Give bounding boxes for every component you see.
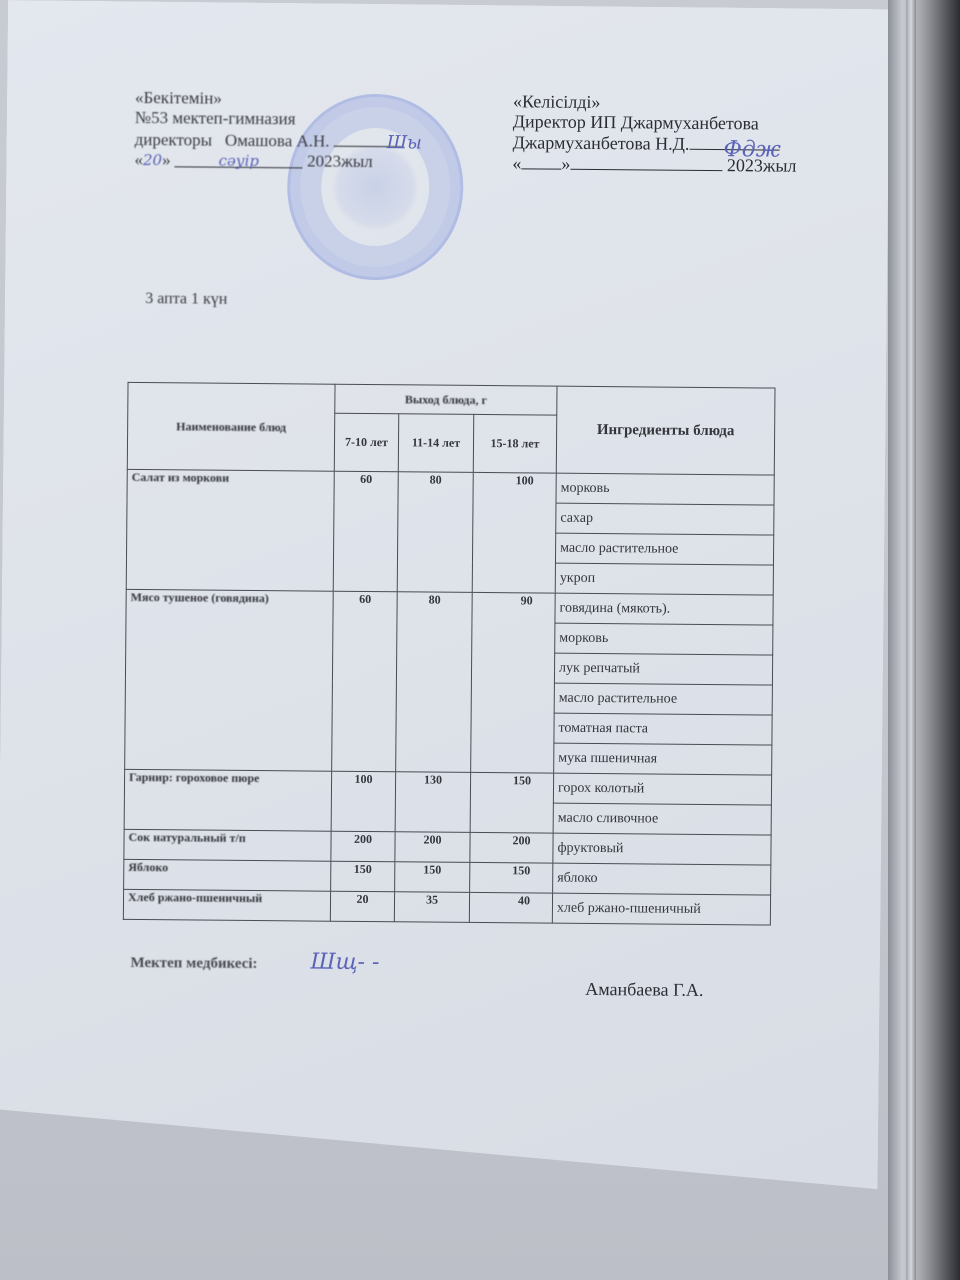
ingredient: говядина (мякоть). <box>555 593 773 625</box>
approval-block-left: «Бекітемін» №53 мектеп-гимназия директор… <box>134 88 475 173</box>
dish-name: Гарнир: гороховое пюре <box>124 769 332 831</box>
document: «Бекітемін» №53 мектеп-гимназия директор… <box>0 0 901 1280</box>
header-age-11-14: 11-14 лет <box>398 414 474 472</box>
yield-15-18: 100 <box>472 472 556 593</box>
nurse-label: Мектеп медбикесі: <box>130 955 257 973</box>
yield-15-18: 90 <box>471 592 556 773</box>
ingredient: масло сливочное <box>553 803 771 835</box>
nurse-name: Аманбаева Г.А. <box>585 979 703 1001</box>
yield-7-10: 60 <box>332 591 398 772</box>
yield-11-14: 35 <box>394 892 469 923</box>
dish-name: Яблоко <box>124 859 331 891</box>
dish-name: Хлеб ржано-пшеничный <box>123 889 330 921</box>
yield-15-18: 40 <box>469 892 552 923</box>
yield-15-18: 200 <box>470 832 553 863</box>
header-yield: Выход блюда, г <box>335 384 557 415</box>
yield-7-10: 150 <box>331 861 395 892</box>
yield-7-10: 200 <box>331 831 395 862</box>
yield-11-14: 80 <box>396 592 473 773</box>
header-age-7-10: 7-10 лет <box>334 414 399 472</box>
director-signature-right: Фдж <box>723 137 780 162</box>
dish-name: Салат из моркови <box>126 469 334 591</box>
date-month: сәуір <box>219 152 260 170</box>
ingredient: лук репчатый <box>554 653 772 685</box>
header-ingredients: Ингредиенты блюда <box>556 386 775 475</box>
ingredient: горох колотый <box>553 773 771 805</box>
header-dish-name: Наименование блюд <box>127 382 335 471</box>
approval-left-date: «20» сәуір 2023жыл <box>134 150 474 173</box>
table-row: Хлеб ржано-пшеничный203540хлеб ржано-пше… <box>123 889 770 925</box>
ingredient: томатная паста <box>554 713 772 745</box>
ingredient: мука пшеничная <box>554 743 772 775</box>
ingredient: фруктовый <box>553 833 771 865</box>
yield-7-10: 60 <box>333 471 398 592</box>
approval-left-director-name: Омашова А.Н. <box>225 131 330 151</box>
ingredient: хлеб ржано-пшеничный <box>552 893 770 925</box>
director-signature-left: Шы <box>387 132 422 153</box>
yield-11-14: 80 <box>397 472 473 593</box>
date-year: 2023жыл <box>307 151 373 171</box>
table-row: Гарнир: гороховое пюре100130150горох кол… <box>124 769 771 805</box>
ingredient: масло растительное <box>554 683 772 715</box>
ingredient: морковь <box>556 473 774 505</box>
ingredient: сахар <box>556 503 774 535</box>
yield-15-18: 150 <box>470 772 554 833</box>
ingredient: яблоко <box>553 863 771 895</box>
week-day-label: 3 апта 1 күн <box>145 290 227 309</box>
yield-7-10: 20 <box>330 891 394 922</box>
ingredient: укроп <box>555 563 773 595</box>
metal-tray-rim <box>906 0 916 1280</box>
yield-11-14: 200 <box>395 832 470 863</box>
date-month-line: сәуір <box>175 150 303 168</box>
header-age-15-18: 15-18 лет <box>473 415 557 473</box>
dish-name: Сок натуральный т/п <box>124 829 331 861</box>
menu-table-body: Салат из моркови6080100морковьсахармасло… <box>123 469 774 925</box>
approval-right-date: «» 2023жыл <box>512 152 842 176</box>
yield-7-10: 100 <box>331 771 396 832</box>
ingredient: морковь <box>555 623 773 655</box>
date-day: 20 <box>143 151 162 169</box>
yield-15-18: 150 <box>470 862 553 893</box>
date-month-line <box>570 153 722 171</box>
approval-right-name: Джармуханбетова Н.Д. <box>513 132 690 154</box>
yield-11-14: 150 <box>395 862 470 893</box>
approval-right-name-line: Джармуханбетова Н.Д. <box>513 131 843 155</box>
nurse-signature: Шщ- - <box>310 950 379 976</box>
table-row: Салат из моркови6080100морковь <box>127 469 774 505</box>
menu-table: Наименование блюд Выход блюда, г Ингреди… <box>123 382 776 926</box>
table-row: Мясо тушеное (говядина)608090говядина (м… <box>126 589 773 625</box>
yield-11-14: 130 <box>395 772 471 833</box>
approval-left-director: директоры Омашова А.Н. <box>135 128 475 153</box>
dish-name: Мясо тушеное (говядина) <box>125 589 334 771</box>
date-day-line <box>521 152 561 169</box>
approval-block-right: «Келісілді» Директор ИП Джармуханбетова … <box>512 91 843 176</box>
ingredient: масло растительное <box>555 533 773 565</box>
